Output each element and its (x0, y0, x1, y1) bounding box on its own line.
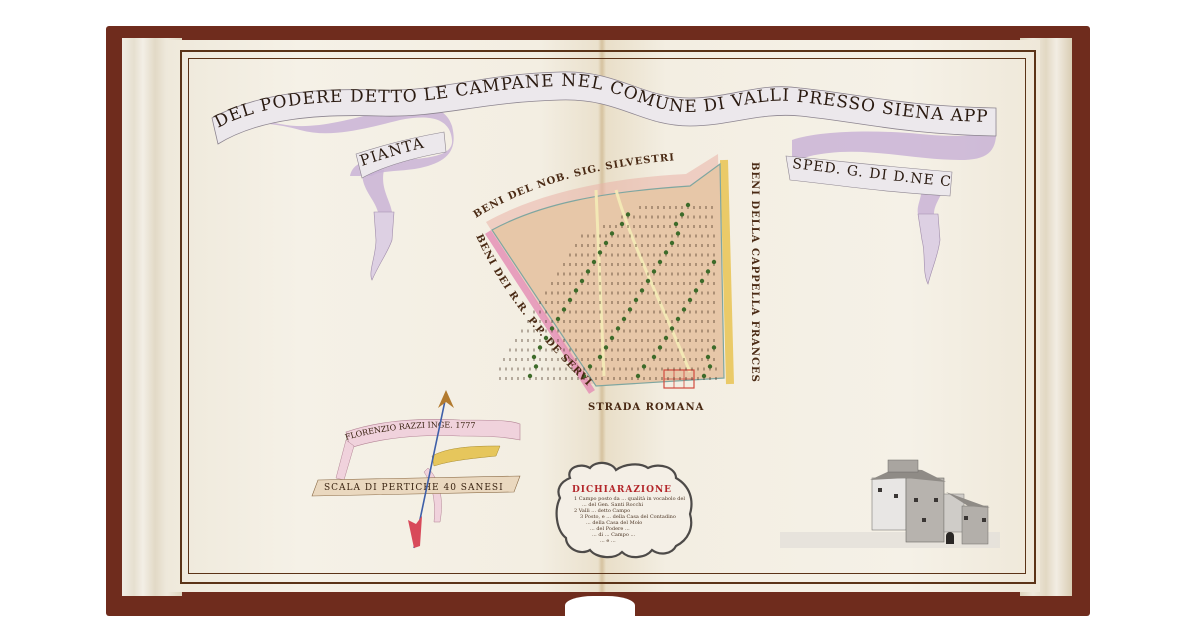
scale-cartouche: FLORENZIO RAZZI INGE. 1777 SCALA DI PERT… (312, 419, 520, 522)
svg-text:... e ...: ... e ... (600, 538, 616, 544)
scale-bar-text: SCALA DI PERTICHE 40 SANESI (324, 483, 504, 493)
map-artwork: DEL PODERE DETTO LE CAMPANE NEL COMUNE D… (0, 0, 1200, 628)
svg-text:1 Campo posto da ... qualità i: 1 Campo posto da ... qualità in vocabolo… (574, 495, 685, 502)
north-arrow-icon (408, 390, 454, 548)
legend-cartouche: DICHIARAZIONE 1 Campo posto da ... quali… (557, 463, 692, 557)
label-south: STRADA ROMANA (588, 402, 704, 413)
legend-title: DICHIARAZIONE (572, 485, 672, 495)
farmhouse-drawing (780, 460, 1000, 548)
